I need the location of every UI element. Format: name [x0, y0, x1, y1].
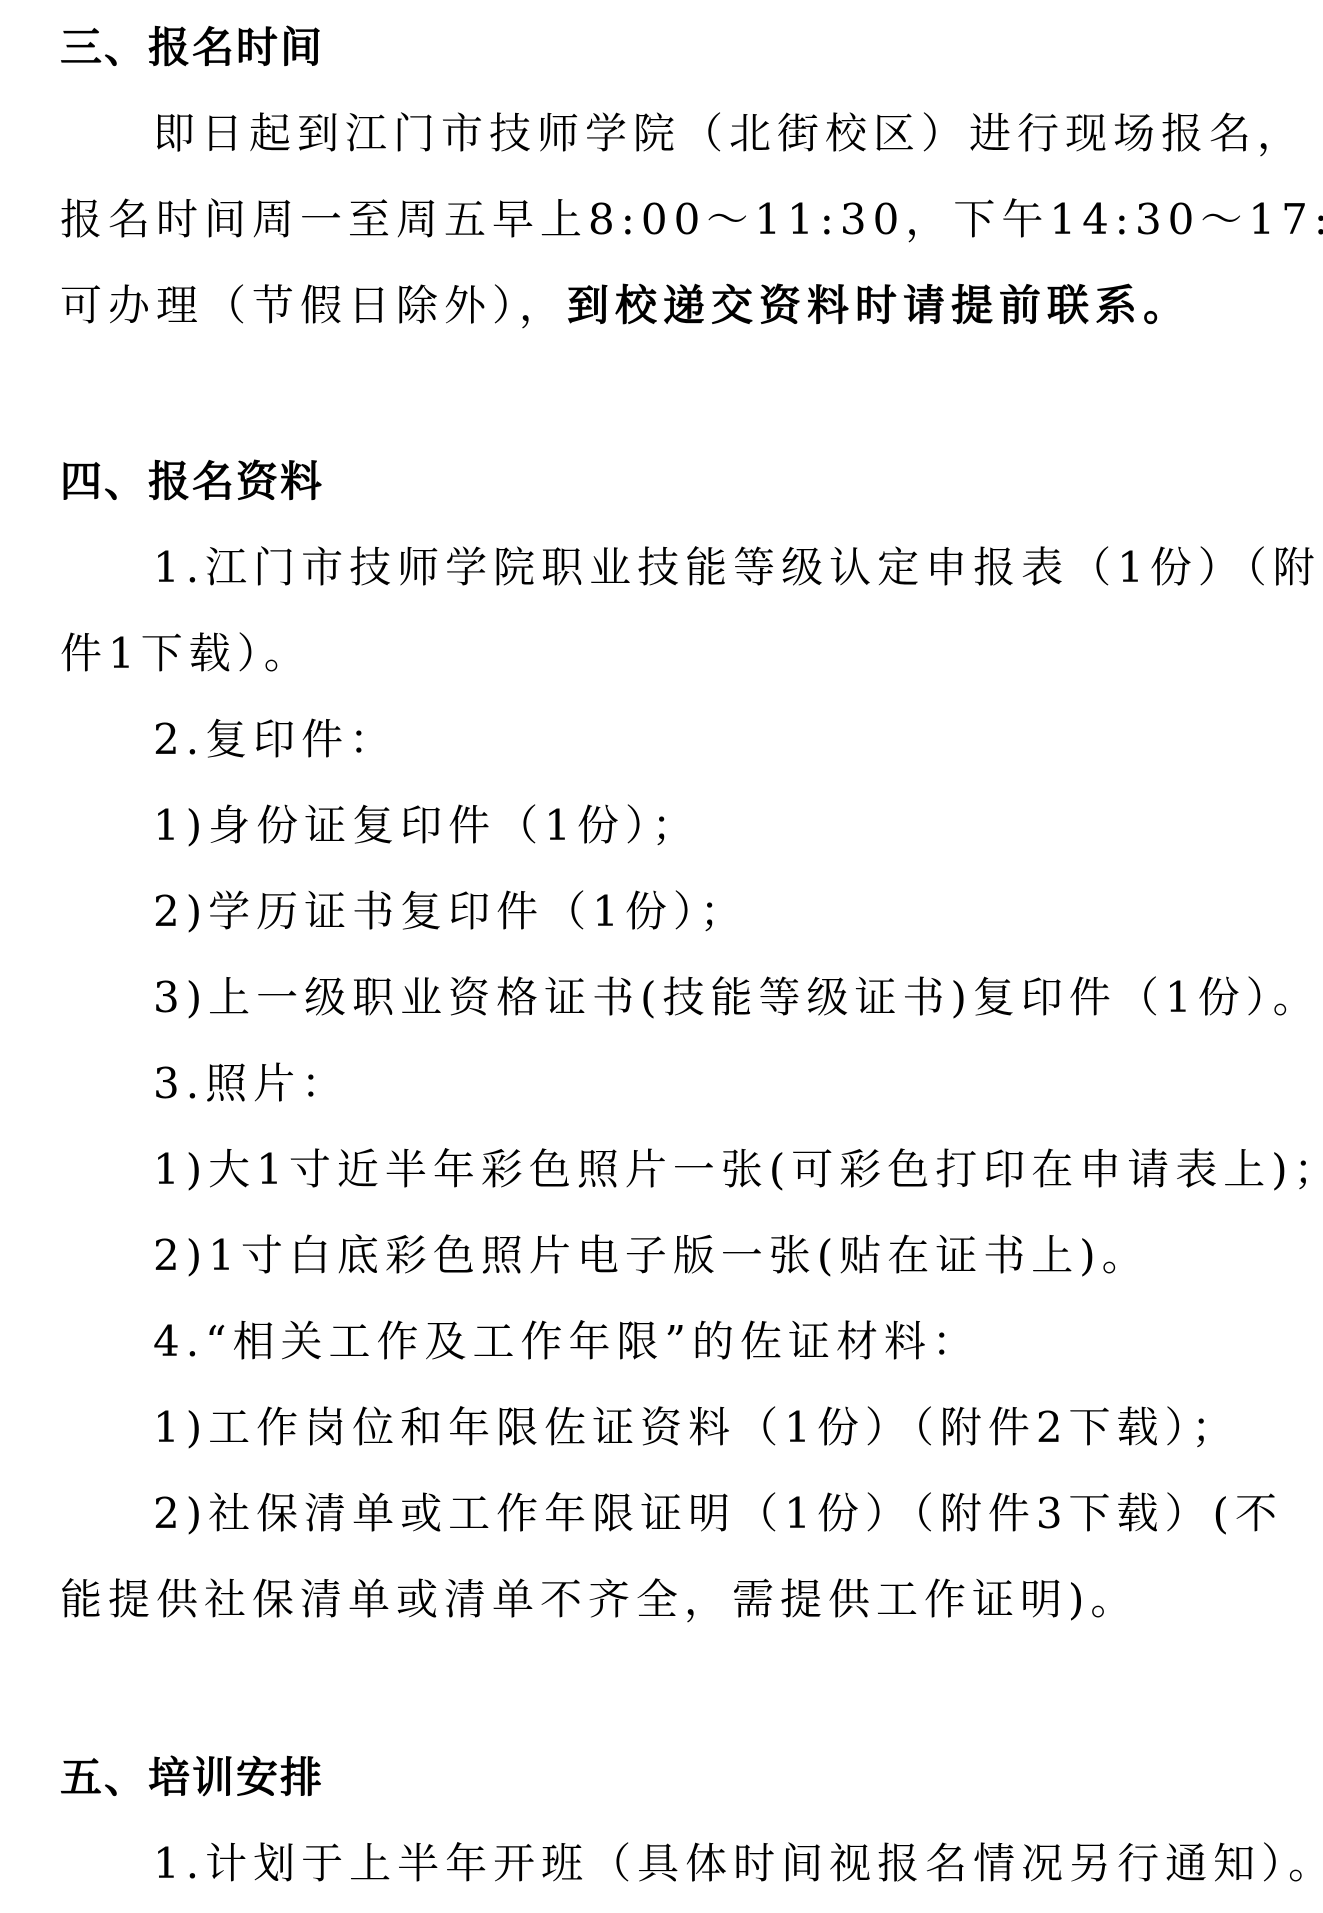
list-item-continued: 件1下载）。 — [60, 624, 312, 684]
list-item: 3.照片： — [153, 1054, 349, 1114]
sub-list-item: 1)工作岗位和年限佐证资料（1份）（附件2下载）； — [153, 1398, 1240, 1458]
section-heading-training-arrangement: 五、培训安排 — [60, 1748, 324, 1808]
paragraph-line: 报名时间周一至周五早上8:00～11:30，下午14:30～17:20 — [60, 190, 1323, 250]
list-item: 1.江门市技师学院职业技能等级认定申报表（1份）（附 — [153, 538, 1321, 598]
section-heading-registration-time: 三、报名时间 — [60, 18, 324, 78]
list-item: 1.计划于上半年开班（具体时间视报名情况另行通知）。 — [153, 1834, 1323, 1894]
sub-list-item: 1)大1寸近半年彩色照片一张(可彩色打印在申请表上)； — [153, 1140, 1323, 1200]
emphasis-text: 到校递交资料时请提前联系。 — [567, 281, 1191, 330]
paragraph-line: 即日起到江门市技师学院（北街校区）进行现场报名， — [153, 104, 1305, 164]
section-heading-registration-materials: 四、报名资料 — [60, 452, 324, 512]
sub-list-item: 1)身份证复印件（1份）； — [153, 796, 700, 856]
sub-list-item: 2)学历证书复印件（1份）； — [153, 882, 748, 942]
sub-list-item: 2)社保清单或工作年限证明（1份）（附件3下载）(不 — [153, 1484, 1283, 1544]
list-item: 4.“相关工作及工作年限”的佐证材料： — [153, 1312, 980, 1372]
sub-list-item: 2)1寸白底彩色照片电子版一张(贴在证书上)。 — [153, 1226, 1150, 1286]
list-item: 2.复印件： — [153, 710, 397, 770]
sub-list-item-continued: 能提供社保清单或清单不齐全，需提供工作证明)。 — [60, 1570, 1138, 1630]
paragraph-line: 可办理（节假日除外），到校递交资料时请提前联系。 — [60, 276, 1191, 336]
sub-list-item: 3)上一级职业资格证书(技能等级证书)复印件（1份）。 — [153, 968, 1321, 1028]
paragraph-text: 可办理（节假日除外）， — [60, 281, 567, 330]
